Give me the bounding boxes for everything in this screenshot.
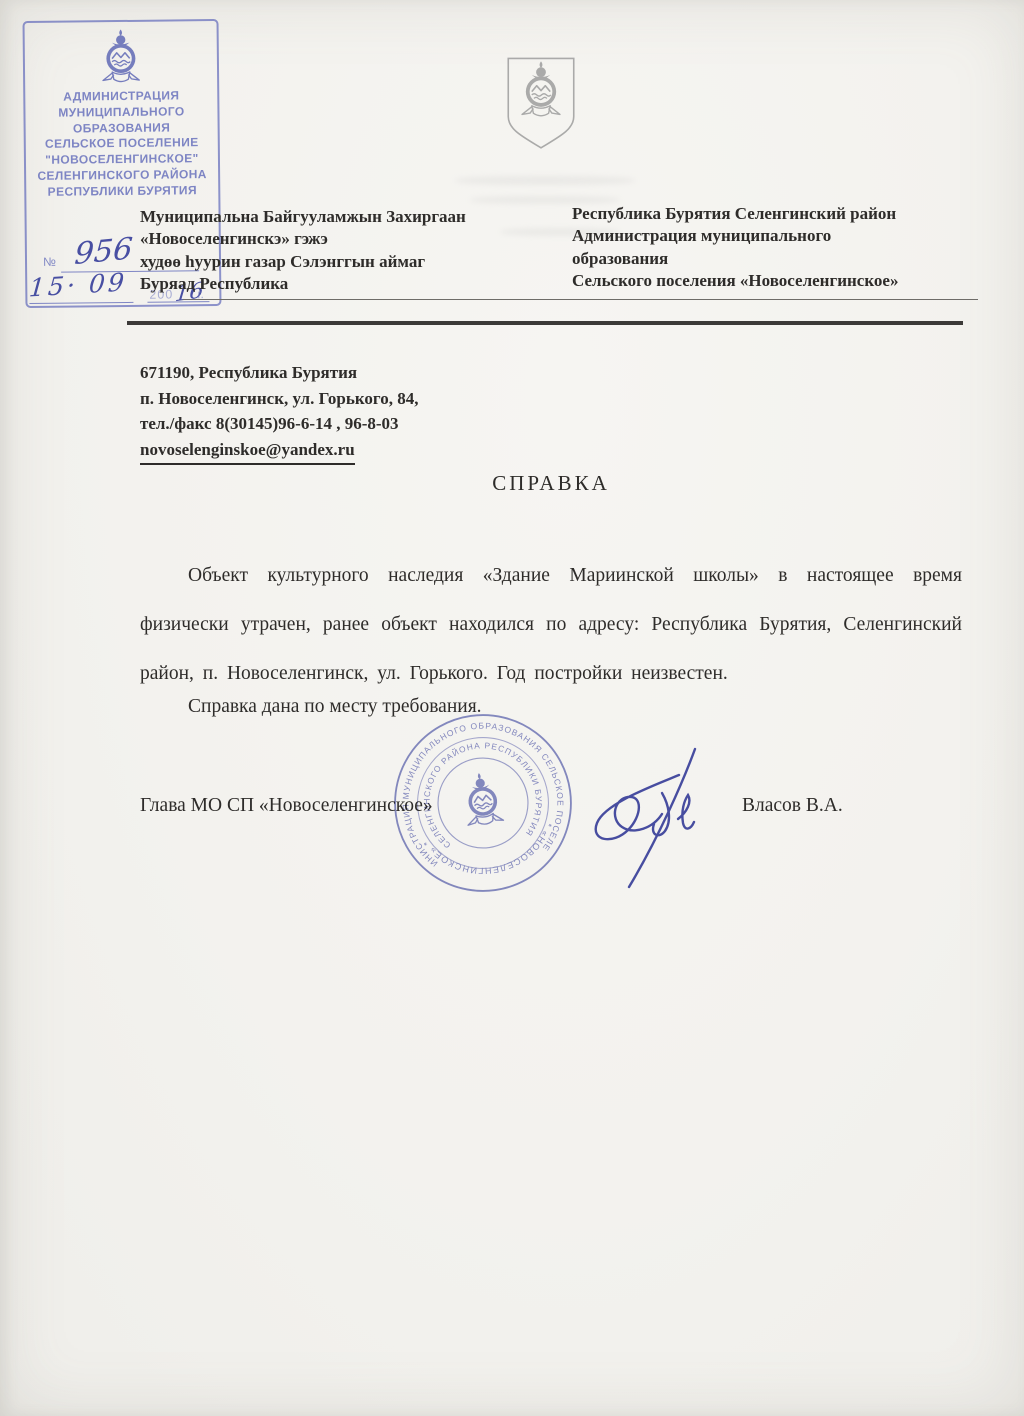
- stamp-line: РЕСПУБЛИКИ БУРЯТИЯ: [26, 183, 218, 201]
- letterhead-line: Буряад Республика: [140, 273, 565, 295]
- street-address: п. Новоселенгинск, ул. Горького, 84,: [140, 386, 418, 412]
- signer-name: Власов В.А.: [742, 795, 843, 817]
- header-divider-thin: [183, 299, 978, 300]
- body-paragraph: Объект культурного наследия «Здание Мари…: [140, 551, 962, 698]
- round-stamp-bottom-text: * «НОВОСЕЛЕНГИНСКОЕ» *: [420, 820, 560, 884]
- letterhead-line: Муниципальна Байгууламжын Захиргаан: [140, 206, 565, 228]
- buryatia-coat-of-arms-icon: [95, 29, 148, 88]
- round-stamp-inner-text: СЕЛЕНГИНСКОГО РАЙОНА РЕСПУБЛИКИ БУРЯТИЯ: [414, 732, 550, 853]
- postal-code-region: 671190, Республика Бурятия: [140, 360, 418, 386]
- scanned-document-page: АДМИНИСТРАЦИЯ МУНИЦИПАЛЬНОГО ОБРАЗОВАНИЯ…: [0, 0, 1024, 1416]
- date-underline: [29, 302, 133, 304]
- handwritten-document-number: 956: [73, 231, 134, 271]
- handwritten-date: 15· 09: [28, 267, 128, 302]
- contact-block: 671190, Республика Бурятия п. Новоселенг…: [140, 360, 418, 465]
- round-stamp-coat-of-arms-icon: [461, 771, 504, 827]
- document-body: Объект культурного наследия «Здание Мари…: [140, 551, 962, 722]
- svg-text:* «НОВОСЕЛЕНГИНСКОЕ» *: * «НОВОСЕЛЕНГИНСКОЕ» *: [420, 820, 560, 884]
- handwritten-signature: [583, 735, 718, 895]
- bleed-through-smudge: [455, 176, 635, 185]
- document-title: СПРАВКА: [140, 471, 962, 496]
- official-round-stamp: АДМИНИСТРАЦИЯ МУНИЦИПАЛЬНОГО ОБРАЗОВАНИЯ…: [379, 699, 587, 907]
- letterhead-russian-column: Республика Бурятия Селенгинский район Ад…: [572, 203, 972, 293]
- header-divider-thick: [127, 321, 963, 325]
- letterhead-line: образования: [572, 248, 972, 270]
- phone-fax: тел./факс 8(30145)96-6-14 , 96-8-03: [140, 411, 418, 437]
- letterhead-line: «Новоселенгинскэ» гэжэ: [140, 228, 565, 250]
- svg-text:СЕЛЕНГИНСКОГО РАЙОНА РЕСПУБЛИК: СЕЛЕНГИНСКОГО РАЙОНА РЕСПУБЛИКИ БУРЯТИЯ: [414, 732, 550, 853]
- buryatia-shield-emblem-icon: [501, 56, 581, 155]
- email-address: novoselenginskoe@yandex.ru: [140, 437, 355, 466]
- letterhead-buryat-column: Муниципальна Байгууламжын Захиргаан «Нов…: [140, 206, 565, 296]
- letterhead-line: Администрация муниципального: [572, 225, 972, 247]
- letterhead-line: Республика Бурятия Селенгинский район: [572, 203, 972, 225]
- letterhead-line: Сельского поселения «Новоселенгинское»: [572, 270, 972, 292]
- number-sign-label: №: [43, 255, 56, 269]
- registration-stamp-text: АДМИНИСТРАЦИЯ МУНИЦИПАЛЬНОГО ОБРАЗОВАНИЯ…: [25, 88, 218, 201]
- letterhead-line: худөө һуурин газар Сэлэнггын аймаг: [140, 251, 565, 273]
